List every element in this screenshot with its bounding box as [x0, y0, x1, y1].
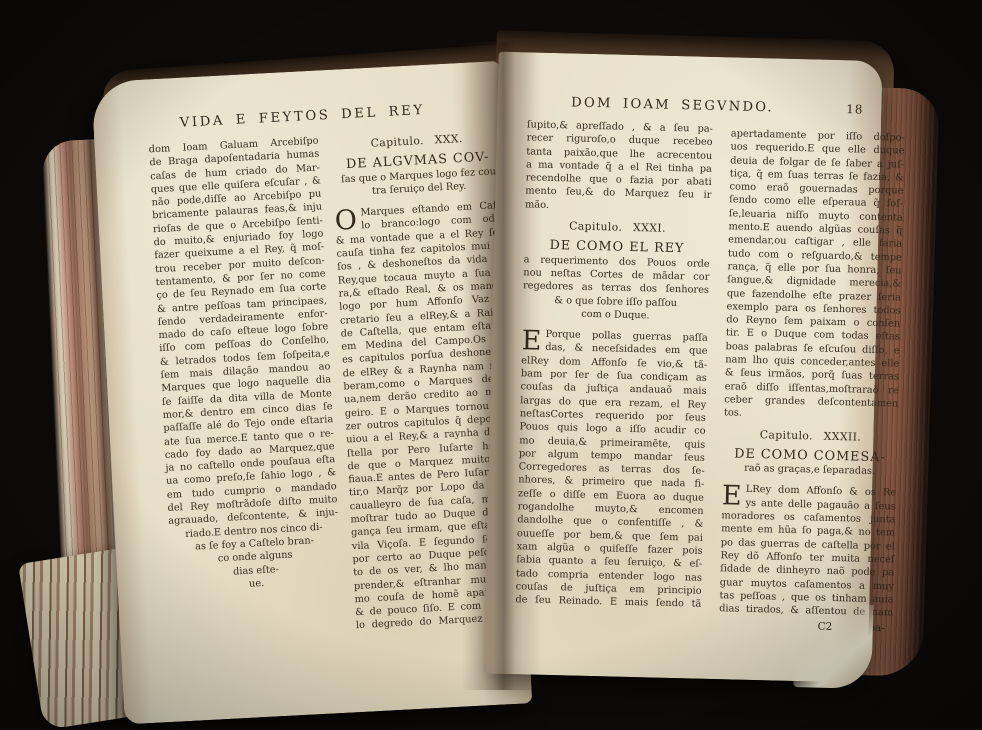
right-page-column-2: apertadamente por iſſo doſpo-uos requeri…	[719, 127, 905, 636]
drop-cap: E	[521, 327, 545, 353]
page-corner-curl	[793, 603, 873, 689]
right-page-column-1: ſupito,& apreſſado , & a ſeu pa-recer ri…	[515, 118, 713, 611]
text-block-para: apertadamente por iſſo doſpo-uos requeri…	[724, 127, 905, 424]
page-number: 18	[821, 102, 863, 117]
running-header-title: DOM IOAM SEGVNDO.	[523, 94, 821, 116]
text-line: Capitulo. XXXII.	[723, 427, 897, 445]
text-block-para: EPorque pollas guerras paſſadas, & neceſ…	[515, 327, 708, 611]
left-page: VIDA E FEYTOS DEL REY dom Ioam Galuam Ar…	[91, 61, 532, 724]
right-page: DOM IOAM SEGVNDO. 18 ſupito,& apreſſado …	[484, 52, 883, 683]
text-block-para: dom Ioam Galuam Arcebiſpode Braga dapoſe…	[148, 135, 338, 529]
text-block-taper: riado.E dentro nos cinco di-as ſe foy a …	[169, 520, 342, 595]
text-line: raõ as graças,e ſeparadas.	[722, 461, 896, 479]
text-block-chapter: Capitulo. XXXI.	[524, 218, 710, 236]
text-block-chapter: Capitulo. XXX.	[330, 130, 502, 152]
text-block-para: ELRey dom Affonſo & os Reys ante delle p…	[719, 483, 896, 620]
text-block-chapter: Capitulo. XXXII.	[723, 427, 897, 445]
text-block-sub: raõ as graças,e ſeparadas.	[722, 461, 896, 479]
drop-cap: E	[722, 483, 746, 509]
text-block-sub: & o que ſobre iſſo paſſoucom o Duque.	[522, 293, 709, 324]
book-photo: VIDA E FEYTOS DEL REY dom Ioam Galuam Ar…	[0, 0, 982, 728]
running-header-right: DOM IOAM SEGVNDO. 18	[523, 94, 863, 117]
text-block-para: a requerimento dos Pouos ordenou neſtas …	[523, 253, 710, 297]
text-line: Capitulo. XXXI.	[524, 218, 710, 236]
text-line: Capitulo. XXX.	[330, 130, 502, 152]
drop-cap: O	[334, 207, 361, 233]
text-block-para: ſupito,& apreſſado , & a ſeu pa-recer ri…	[525, 118, 713, 216]
left-page-column-1: dom Ioam Galuam Arcebiſpode Braga dapoſe…	[148, 135, 341, 595]
